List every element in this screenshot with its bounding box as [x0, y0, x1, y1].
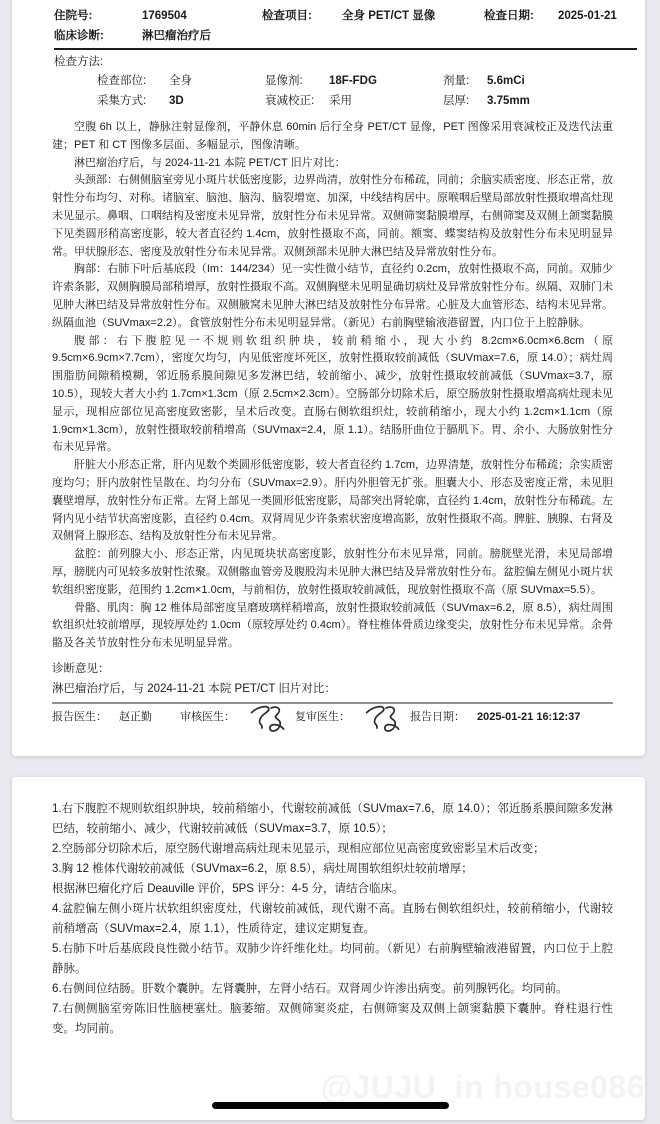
finding-paragraph-abdomen: 腹部：右下腹腔见一不规则软组织肿块，较前稍缩小，现大小约 8.2cm×6.0cm… — [52, 333, 613, 458]
conclusion-item-5: 5.右肺下叶后基底段良性微小结节。双肺少许纤维化灶。均同前。（新见）右前胸壁输液… — [52, 939, 613, 979]
finding-paragraph-protocol: 空腹 6h 以上，静脉注射显像剂，平静休息 60min 后行全身 PET/CT … — [52, 119, 613, 155]
slice-thickness-value: 3.75mm — [487, 92, 625, 112]
finding-paragraph-bone-muscle: 骨骼、肌肉：胸 12 椎体局部密度呈磨玻璃样稍增高，放射性摄取较前减低（SUVm… — [52, 600, 613, 653]
clinical-diagnosis-value: 淋巴瘤治疗后 — [142, 26, 625, 46]
exam-method-title: 检查方法: — [54, 53, 625, 72]
dose-label: 剂量: — [443, 72, 487, 92]
review-doctor-label: 审核医生： — [180, 709, 235, 725]
exam-item-value: 全身 PET/CT 显像 — [342, 6, 484, 26]
report-header: 住院号: 1769504 检查项目: 全身 PET/CT 显像 检查日期: 20… — [12, 0, 645, 50]
diagnosis-title: 诊断意见： — [52, 660, 613, 680]
clinical-diagnosis-label: 临床诊断: — [54, 26, 142, 46]
exam-method-row-2: 采集方式: 3D 衰减校正: 采用 层厚: 3.75mm — [97, 92, 625, 112]
tracer-label: 显像剂: — [265, 72, 329, 92]
report-page-1: 住院号: 1769504 检查项目: 全身 PET/CT 显像 检查日期: 20… — [12, 0, 645, 756]
report-doctor-name: 赵正勤 — [119, 709, 152, 725]
report-doctor-label: 报告医生： — [52, 709, 107, 725]
recheck-doctor-label: 复审医生： — [295, 709, 350, 725]
dose-value: 5.6mCi — [487, 72, 625, 92]
finding-paragraph-chest: 胸部：右肺下叶后基底段（Im：144/234）见一实性微小结节，直径约 0.2c… — [52, 261, 613, 332]
conclusion-item-6: 6.右侧间位结肠。肝数个囊肿。左肾囊肿，左肾小结石。双肾周少许渗出病变。前列腺钙… — [52, 979, 613, 999]
acquisition-mode-label: 采集方式: — [97, 92, 169, 112]
attenuation-correction-label: 衰减校正: — [265, 92, 329, 112]
exam-part-value: 全身 — [169, 72, 265, 92]
report-page-2: 1.右下腹腔不规则软组织肿块，较前稍缩小，代谢较前减低（SUVmax=7.6，原… — [12, 777, 645, 1120]
findings-section: 空腹 6h 以上，静脉注射显像剂，平静休息 60min 后行全身 PET/CT … — [12, 111, 645, 653]
review-doctor-signature-icon — [247, 703, 287, 737]
tracer-value: 18F-FDG — [329, 72, 443, 92]
finding-paragraph-head-neck: 头颈部：右侧侧脑室旁见小斑片状低密度影，边界尚清，放射性分布稀疏，同前；余脑实质… — [52, 172, 613, 261]
header-row-2: 临床诊断: 淋巴瘤治疗后 — [54, 26, 625, 46]
home-indicator-handle[interactable] — [212, 1102, 449, 1109]
acquisition-mode-value: 3D — [169, 92, 265, 112]
exam-item-label: 检查项目: — [262, 6, 342, 26]
finding-paragraph-pelvis: 盆腔：前列腺大小、形态正常，内见斑块状高密度影，放射性分布未见异常，同前。膀胱壁… — [52, 546, 613, 599]
exam-date-value: 2025-01-21 — [558, 6, 625, 26]
recheck-doctor-signature-icon — [362, 703, 402, 737]
exam-part-label: 检查部位: — [97, 72, 169, 92]
admission-number-label: 住院号: — [54, 6, 142, 26]
signature-row: 报告医生： 赵正勤 审核医生： 复审医生： 报告日期： 2025-01-21 1… — [52, 704, 613, 737]
finding-paragraph-liver: 肝脏大小形态正常，肝内见数个类圆形低密度影，较大者直径约 1.7cm，边界清楚，… — [52, 457, 613, 546]
conclusions-list: 1.右下腹腔不规则软组织肿块，较前稍缩小，代谢较前减低（SUVmax=7.6，原… — [12, 777, 645, 1039]
watermark-text: @JUJU_in house086 — [321, 1069, 645, 1106]
conclusion-item-1: 1.右下腹腔不规则软组织肿块，较前稍缩小，代谢较前减低（SUVmax=7.6，原… — [52, 799, 613, 839]
attenuation-correction-value: 采用 — [329, 92, 443, 112]
conclusion-item-deauville: 根据淋巴瘤化疗后 Deauville 评价，5PS 评分：4-5 分，请结合临床… — [52, 879, 613, 899]
report-viewer: { "colors": { "background": "#e9eaef", "… — [0, 0, 660, 1124]
conclusion-item-3: 3.胸 12 椎体代谢较前减低（SUVmax=6.2，原 8.5），病灶周围软组… — [52, 859, 613, 879]
report-date-label: 报告日期： — [410, 709, 465, 725]
report-date-value: 2025-01-21 16:12:37 — [477, 709, 580, 725]
diagnosis-section: 诊断意见： 淋巴瘤治疗后，与 2024-11-21 本院 PET/CT 旧片对比… — [12, 660, 645, 737]
exam-date-label: 检查日期: — [484, 6, 558, 26]
exam-method-row-1: 检查部位: 全身 显像剂: 18F-FDG 剂量: 5.6mCi — [97, 72, 625, 92]
conclusion-item-4: 4.盆腔偏左侧小斑片状软组织密度灶，代谢较前减低，现代谢不高。直肠右侧软组织灶，… — [52, 899, 613, 939]
header-row-1: 住院号: 1769504 检查项目: 全身 PET/CT 显像 检查日期: 20… — [54, 6, 625, 26]
exam-method-section: 检查方法: 检查部位: 全身 显像剂: 18F-FDG 剂量: 5.6mCi 采… — [12, 50, 645, 111]
admission-number-value: 1769504 — [142, 6, 262, 26]
finding-paragraph-comparison: 淋巴瘤治疗后，与 2024-11-21 本院 PET/CT 旧片对比： — [52, 155, 613, 173]
conclusion-item-7: 7.右侧侧脑室旁陈旧性脑梗塞灶。脑萎缩。双侧筛窦炎症，右侧筛窦及双侧上颌窦黏膜下… — [52, 999, 613, 1039]
conclusion-item-2: 2.空肠部分切除术后，原空肠代谢增高病灶现未见显示，现相应部位见高密度致密影呈术… — [52, 839, 613, 859]
diagnosis-intro: 淋巴瘤治疗后，与 2024-11-21 本院 PET/CT 旧片对比： — [52, 680, 613, 700]
slice-thickness-label: 层厚: — [443, 92, 487, 112]
